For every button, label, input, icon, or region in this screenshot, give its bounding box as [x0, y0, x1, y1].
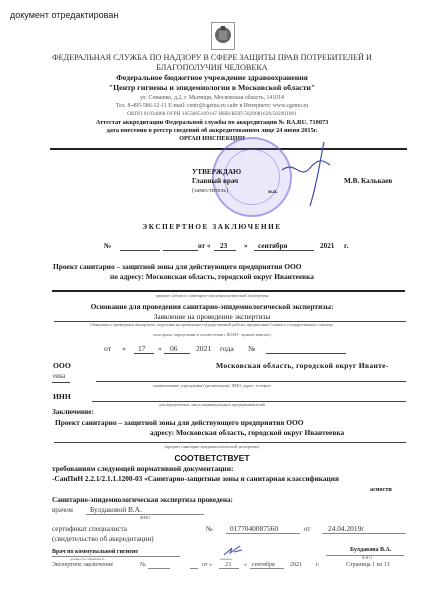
address: ул. Семашко, д.2, г. Мытищи, Московская …: [0, 95, 424, 101]
contacts: Тел. 8-495-586-12-11 E-mail: centr@cgemo…: [0, 103, 424, 109]
basis-date-no: №: [248, 344, 255, 353]
basis-value: Заявление на проведение экспертизы: [0, 312, 424, 321]
footer-no: №: [140, 562, 146, 568]
day-underline: [214, 250, 236, 251]
basis-caption-line1: (Заявление о проведении экспертизы, пору…: [0, 322, 424, 327]
footer-year-suffix: г.: [316, 562, 319, 568]
footer-month-underline: [250, 568, 284, 569]
applicant-address-cont: евка: [53, 373, 65, 380]
basis-caption-line2: ного врача, определение в соответствии с…: [0, 332, 424, 337]
norm-reference: -СанПиН 2.2.1/2.1.1.1200-03 «Санитарно-з…: [52, 474, 339, 483]
approver-position: Главный врач: [192, 177, 238, 185]
basis-date-year-suffix: года: [220, 344, 234, 353]
basis-day-underline: [134, 353, 154, 354]
date-month: сентября: [258, 242, 287, 250]
number-line: №: [104, 242, 111, 250]
applicant-address: Московская область, городской округ Иван…: [216, 361, 389, 370]
institution-line1: Федеральное бюджетное учреждение здравоо…: [0, 73, 424, 82]
agency-line1: ФЕДЕРАЛЬНАЯ СЛУЖБА ПО НАДЗОРУ В СФЕРЕ ЗА…: [0, 53, 424, 62]
date-day: 23: [220, 242, 227, 250]
sign-caption: подпись: [220, 557, 232, 561]
footer-close: »: [244, 562, 247, 568]
cert-date-underline: [322, 533, 406, 534]
document-title: ЭКСПЕРТНОЕ ЗАКЛЮЧЕНИЕ: [0, 223, 424, 231]
coat-of-arms-icon: [211, 22, 235, 50]
fio-caption: ФИО: [140, 515, 150, 520]
date-from: от «: [198, 242, 210, 250]
basis-date-close: »: [158, 344, 162, 353]
subject-line2: по адресу: Московская область, городской…: [110, 272, 314, 281]
basis-date-year: 2021: [196, 344, 211, 353]
footer-from: от «: [202, 562, 212, 568]
subject-underline: [52, 290, 405, 292]
applicant-underline: [96, 381, 406, 382]
norm-continuation: асности: [370, 486, 392, 493]
doctor-label: врачом: [52, 506, 73, 514]
applicant-org: ООО: [53, 361, 71, 370]
conclusion-line2: адресу: Московская область, городской ок…: [150, 428, 344, 437]
inn-caption: для юридических лиц и индивидуальных пре…: [0, 402, 424, 407]
signer-position: Врач по коммунальной гигиене: [52, 549, 138, 555]
conclusion-line1: Проект санитарно – защитной зоны для дей…: [55, 418, 304, 427]
seal-label: м.п.: [268, 189, 278, 195]
inn-label: ИНН: [53, 392, 71, 401]
page-counter: Страница 1 из 13: [346, 562, 390, 568]
requirements-label: требованиям следующей нормативной докуме…: [52, 464, 233, 473]
footer-year: 2021: [290, 562, 302, 568]
agency-line2: БЛАГОПОЛУЧИЯ ЧЕЛОВЕКА: [0, 63, 424, 72]
basis-no-underline: [266, 353, 346, 354]
edit-note: документ отредактирован: [10, 10, 118, 20]
subject-line1: Проект санитарно – защитной зоны для дей…: [53, 262, 302, 271]
footer-no-underline-2: [190, 568, 198, 569]
conclusion-heading: Заключение:: [52, 408, 94, 416]
cert-label: сертификат специалиста: [52, 525, 127, 533]
basis-heading: Основание для проведения санитарно-эпиде…: [0, 302, 424, 311]
date-year-suffix: г.: [344, 242, 348, 250]
cert-no-label: №: [206, 525, 213, 533]
date-close-quote: »: [244, 242, 248, 250]
cert-label2: (свидетельство об аккредитации): [52, 535, 154, 543]
footer-doc: Экспертное заключение: [52, 562, 113, 568]
cert-number-underline: [226, 533, 300, 534]
expert-signature-icon: [222, 544, 244, 558]
cert-date: 24.04.2019г: [328, 524, 364, 533]
approve-label: УТВЕРЖДАЮ: [192, 168, 241, 176]
cert-from-label: от: [304, 525, 310, 533]
basis-month-underline: [164, 353, 190, 354]
expert-heading: Санитарно-эпидемиологическая экспертиза …: [52, 496, 233, 504]
basis-date-day: 17: [138, 344, 146, 353]
basis-date-month: 06: [170, 344, 178, 353]
signer-name-caption: Ф.И.О.: [362, 556, 373, 560]
verdict: СООТВЕТСТВУЕТ: [0, 453, 424, 463]
number-blank-1: [120, 250, 160, 251]
basis-date-open: «: [122, 344, 126, 353]
institution-line2: "Центр гигиены и эпидемиологии в Московс…: [0, 83, 424, 92]
month-underline: [254, 250, 314, 251]
conclusion-underline: [54, 442, 406, 443]
applicant-caption: наименование учреждения (организации), Ф…: [0, 383, 424, 388]
basis-date-from: от: [104, 344, 111, 353]
signer-position-caption: должность специалиста: [70, 557, 104, 561]
cert-number: 0177040087560: [230, 524, 278, 533]
conclusion-caption: (предмет санитарно-эпидемиологической эк…: [0, 444, 424, 449]
no-label: №: [104, 242, 111, 250]
date-year: 2021: [320, 242, 334, 250]
approver-deputy: (заместитель): [192, 187, 228, 194]
signer-name: Булдакова В.А.: [350, 547, 391, 553]
subject-caption: предмет (объект) санитарно-эпидемиологич…: [0, 293, 424, 298]
footer-day-underline: [219, 568, 239, 569]
registry-date: дата внесения в реестр сведений об аккре…: [0, 127, 424, 134]
footer-no-underline: [148, 568, 170, 569]
doctor-name: Булдаковой В.А.: [90, 505, 142, 514]
signature-icon: [280, 140, 340, 210]
body-type: ОРГАН ИНСПЕКЦИИ: [0, 135, 424, 142]
registry-codes: ОКПО 01934868 ОГРН 1055005109147 ИНН/КПП…: [0, 111, 424, 117]
approver-name: М.В. Калькаев: [344, 177, 392, 185]
number-blank-2: [163, 250, 198, 251]
accreditation: Аттестат аккредитации Федеральной службы…: [0, 119, 424, 126]
